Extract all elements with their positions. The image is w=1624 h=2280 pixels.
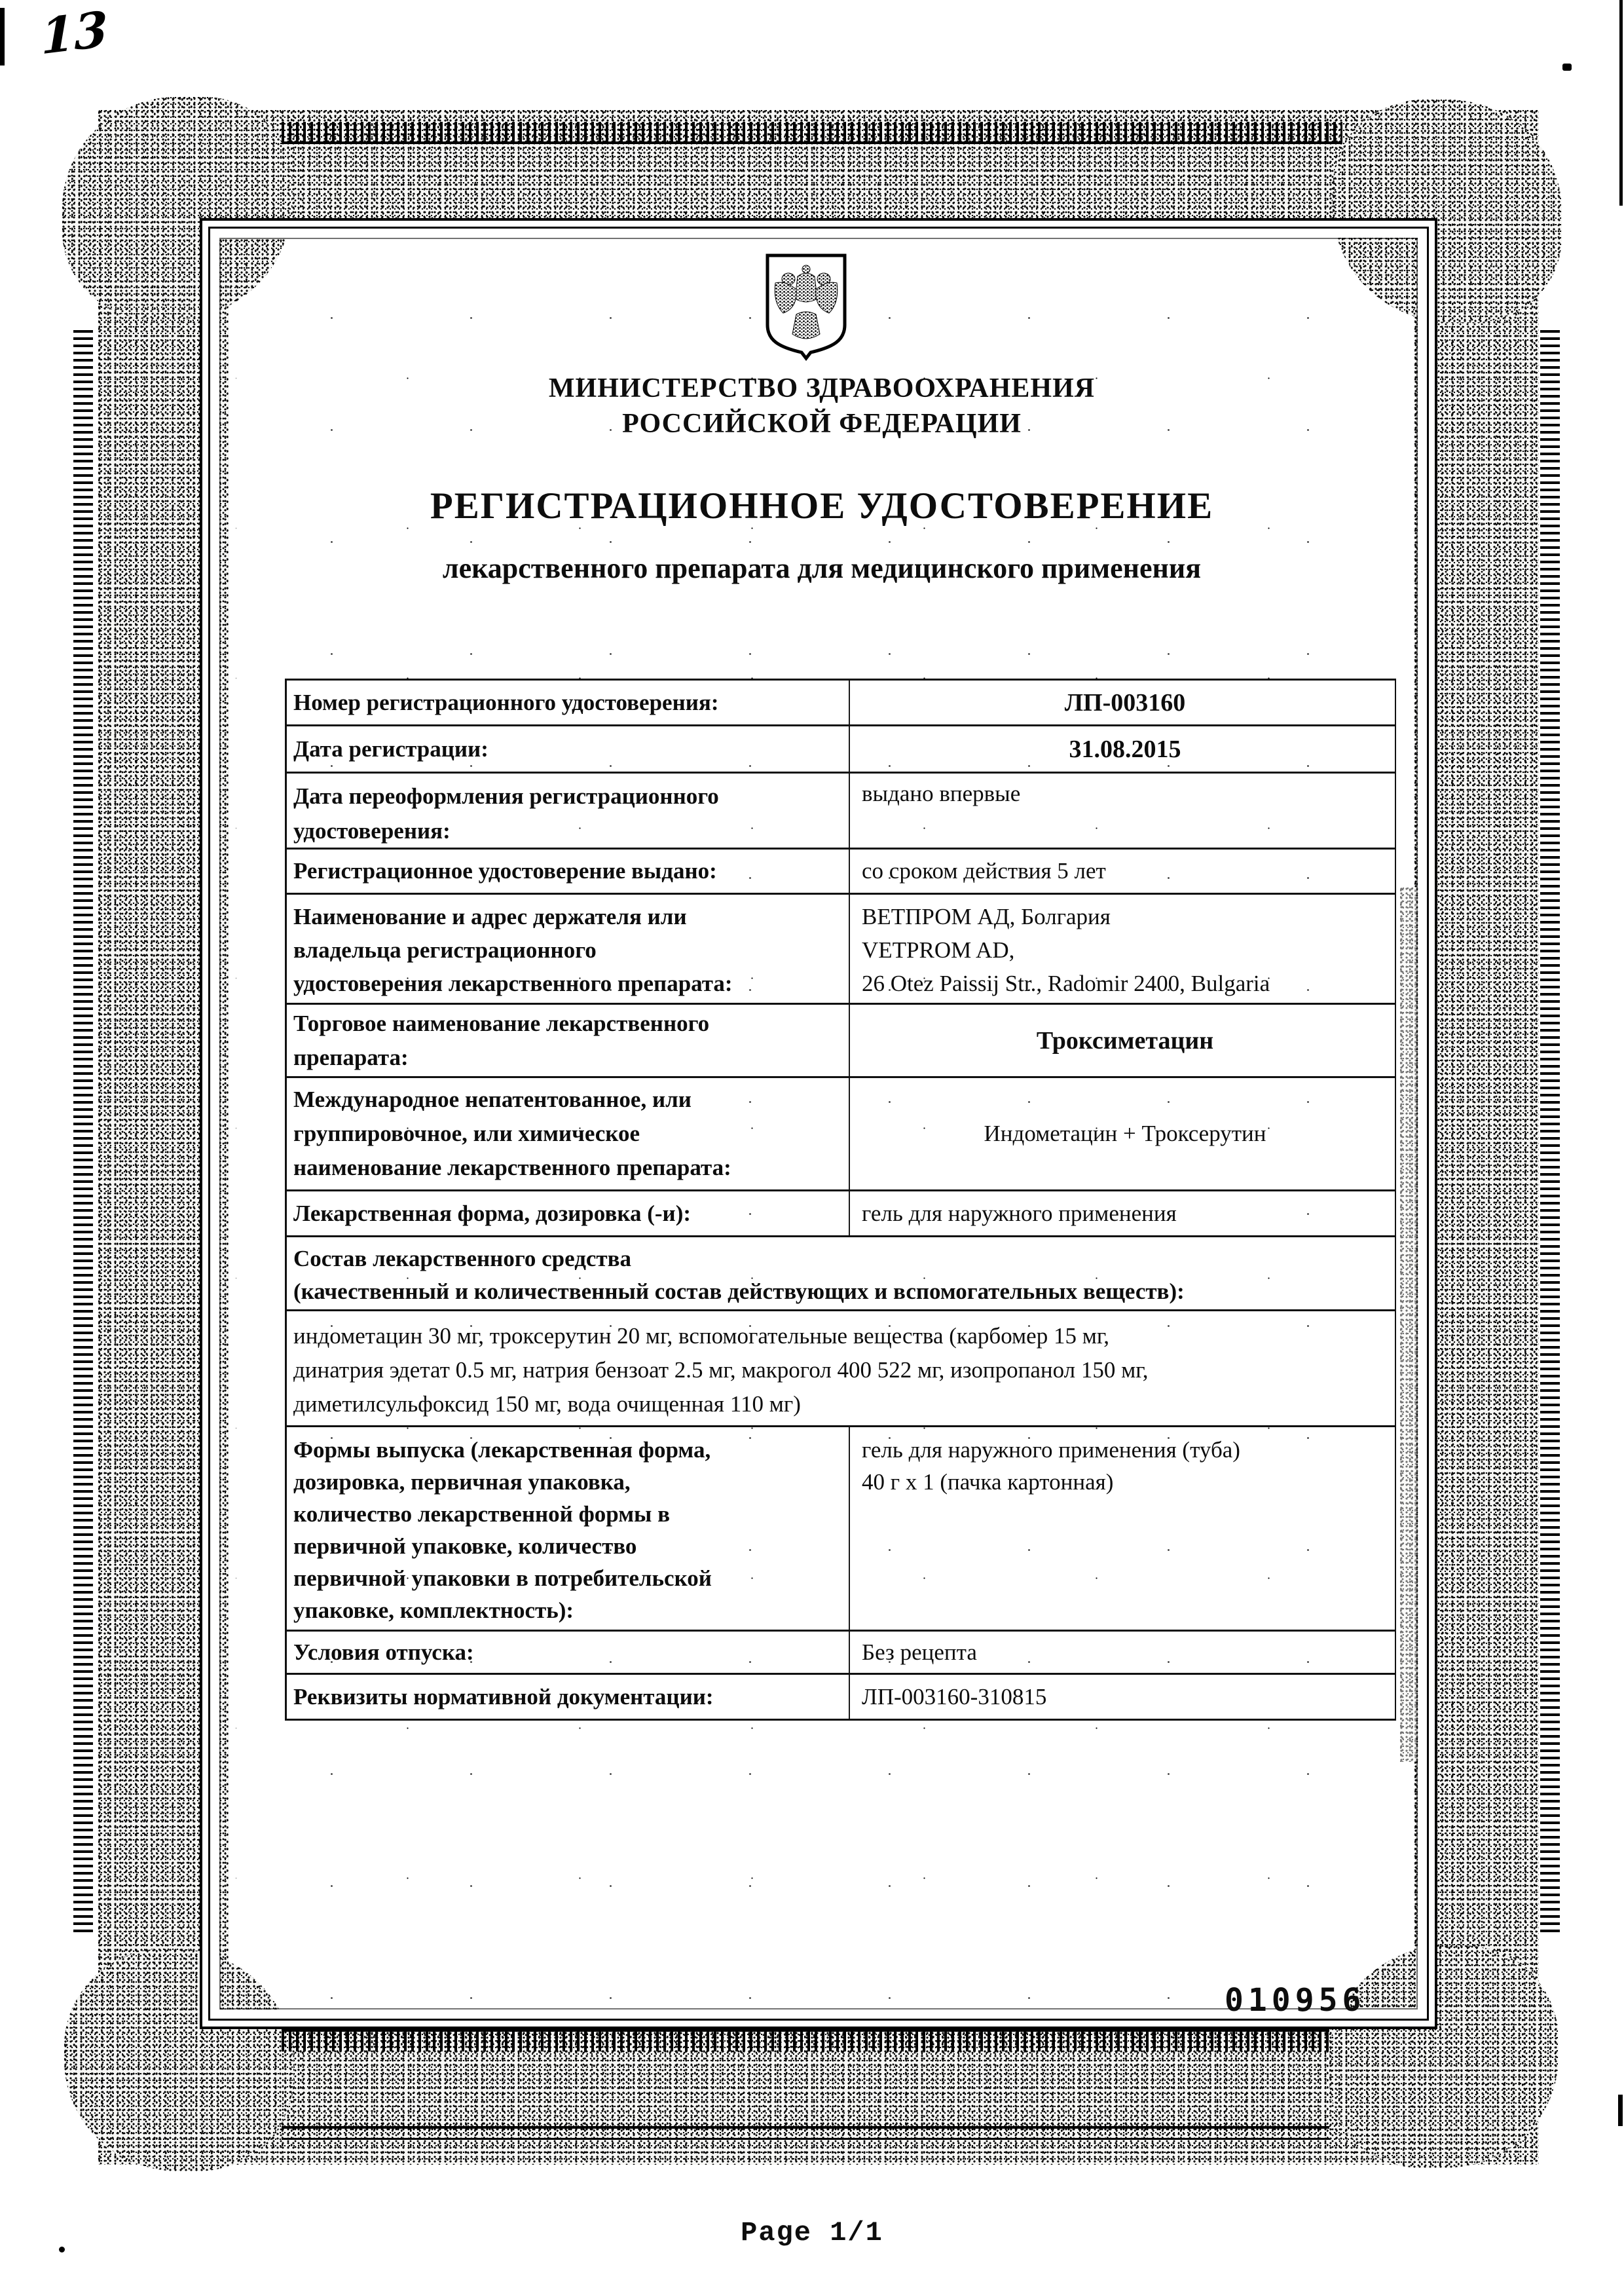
row-value: Без рецепта (850, 1632, 1395, 1673)
row-value: Троксиметацин (850, 1005, 1395, 1076)
scan-artifact-right-edge-lower (1618, 2095, 1623, 2126)
scanned-certificate-page: 13 (0, 0, 1624, 2280)
table-row-dosage-form: Лекарственная форма, дозировка (-и): гел… (287, 1191, 1395, 1237)
certificate-title: РЕГИСТРАЦИОННОЕ УДОСТОВЕРЕНИЕ (272, 485, 1372, 527)
row-value: Индометацин + Троксерутин (850, 1078, 1395, 1189)
table-row-reissue-date: Дата переоформления регистрационного удо… (287, 774, 1395, 850)
table-row-trade-name: Торговое наименование лекарственного пре… (287, 1005, 1395, 1078)
row-label: Лекарственная форма, дозировка (-и): (287, 1191, 850, 1235)
certificate-table: Номер регистрационного удостоверения: ЛП… (285, 679, 1396, 1721)
row-value: выдано впервые (850, 774, 1395, 848)
scan-artifact-dot (1562, 64, 1572, 71)
ministry-heading: МИНИСТЕРСТВО ЗДРАВООХРАНЕНИЯ РОССИЙСКОЙ … (272, 371, 1372, 441)
row-value: ВЕТПРОМ АД, Болгария VETPROM AD, 26 Otez… (850, 895, 1395, 1003)
table-row-inn-name: Международное непатентованное, или групп… (287, 1078, 1395, 1191)
table-row-composition-heading: Состав лекарственного средства (качестве… (287, 1237, 1395, 1311)
row-label: Дата переоформления регистрационного удо… (287, 774, 850, 848)
row-label: Регистрационное удостоверение выдано: (287, 850, 850, 893)
row-label: Реквизиты нормативной документации: (287, 1675, 850, 1719)
border-comb-pattern (282, 2029, 1329, 2051)
ministry-line1: МИНИСТЕРСТВО ЗДРАВООХРАНЕНИЯ (272, 371, 1372, 406)
scan-artifact-right-edge (1619, 0, 1623, 206)
row-value: гель для наружного применения (850, 1191, 1395, 1235)
table-row-release-forms: Формы выпуска (лекарственная форма, дози… (287, 1427, 1395, 1632)
row-value: со сроком действия 5 лет (850, 850, 1395, 893)
scan-artifact-left-edge (0, 8, 5, 65)
ministry-line2: РОССИЙСКОЙ ФЕДЕРАЦИИ (272, 406, 1372, 441)
russia-coat-of-arms-icon (764, 252, 849, 362)
row-label: Номер регистрационного удостоверения: (287, 681, 850, 724)
row-label: Торговое наименование лекарственного пре… (287, 1005, 850, 1076)
table-row-dispensing-conditions: Условия отпуска: Без рецепта (287, 1632, 1395, 1675)
table-row-registration-number: Номер регистрационного удостоверения: ЛП… (287, 681, 1395, 726)
border-rule-lines (282, 2126, 1329, 2140)
row-label: Состав лекарственного средства (качестве… (287, 1237, 1395, 1309)
table-row-issued: Регистрационное удостоверение выдано: со… (287, 850, 1395, 895)
border-comb-pattern (282, 122, 1342, 144)
table-row-registration-date: Дата регистрации: 31.08.2015 (287, 726, 1395, 774)
row-label: Международное непатентованное, или групп… (287, 1078, 850, 1189)
row-label: Наименование и адрес держателя или владе… (287, 895, 850, 1003)
row-text: индометацин 30 мг, троксерутин 20 мг, вс… (287, 1311, 1395, 1425)
table-row-composition-text: индометацин 30 мг, троксерутин 20 мг, вс… (287, 1311, 1395, 1427)
table-row-holder: Наименование и адрес держателя или владе… (287, 895, 1395, 1005)
handwritten-note: 13 (41, 1, 109, 65)
serial-number: 010956 (1225, 1982, 1365, 2019)
border-comb-pattern (73, 327, 93, 1932)
scan-noise-strip (1400, 888, 1418, 1762)
row-value: гель для наружного применения (туба) 40 … (850, 1427, 1395, 1630)
certificate-subtitle: лекарственного препарата для медицинског… (272, 551, 1372, 585)
border-comb-pattern (1540, 327, 1560, 1932)
row-value: ЛП-003160 (850, 681, 1395, 724)
row-value: ЛП-003160-310815 (850, 1675, 1395, 1719)
row-label: Формы выпуска (лекарственная форма, дози… (287, 1427, 850, 1630)
page-footer: Page 1/1 (0, 2217, 1624, 2249)
row-label: Дата регистрации: (287, 726, 850, 772)
row-label: Условия отпуска: (287, 1632, 850, 1673)
row-value: 31.08.2015 (850, 726, 1395, 772)
table-row-normative-docs: Реквизиты нормативной документации: ЛП-0… (287, 1675, 1395, 1719)
